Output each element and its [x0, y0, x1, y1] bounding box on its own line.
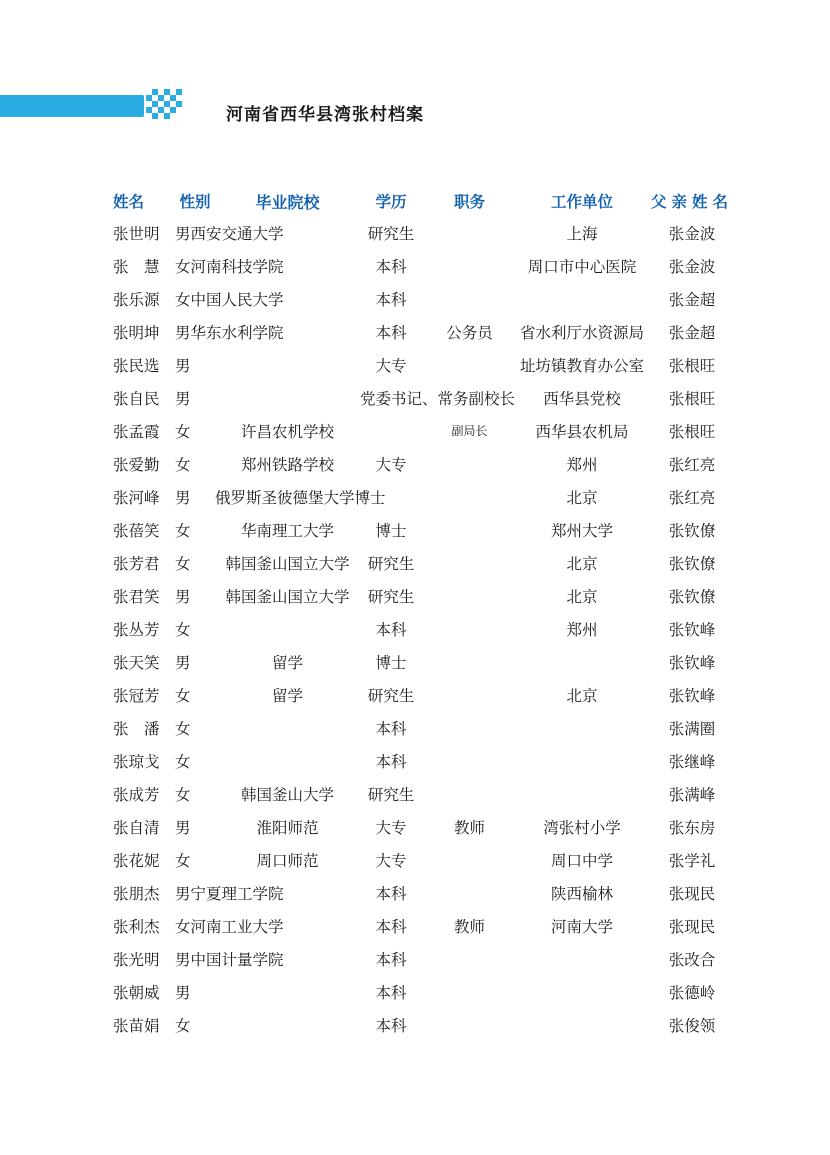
cell-school	[215, 711, 360, 744]
cell-gender: 女	[175, 414, 215, 447]
table-row: 张光明男中国计量学院本科张改合	[113, 942, 737, 975]
cell-work-unit: 陕西榆林	[517, 876, 647, 909]
cell-gender: 女	[175, 777, 215, 810]
cell-degree: 研究生	[360, 579, 422, 612]
cell-position	[422, 777, 517, 810]
table-row: 张天笑男留学博士张钦峰	[113, 645, 737, 678]
cell-degree: 博士	[360, 513, 422, 546]
cell-degree: 党委书记、常务副校长	[360, 381, 422, 414]
cell-gender: 男	[175, 348, 215, 381]
header-position: 职务	[422, 186, 517, 216]
table-row: 张河峰男俄罗斯圣彼德堡大学博士北京张红亮	[113, 480, 737, 513]
cell-school	[215, 744, 360, 777]
table-row: 张爱勤女郑州铁路学校大专郑州张红亮	[113, 447, 737, 480]
cell-name: 张朝威	[113, 975, 175, 1008]
cell-degree: 大专	[360, 810, 422, 843]
cell-position	[422, 282, 517, 315]
cell-name: 张孟霞	[113, 414, 175, 447]
cell-gender: 女	[175, 678, 215, 711]
archive-table: 姓名 性别 毕业院校 学历 职务 工作单位 父亲姓名 张世明男西安交通大学研究生…	[113, 186, 737, 1041]
cell-position	[422, 975, 517, 1008]
cell-name: 张光明	[113, 942, 175, 975]
cell-position	[422, 447, 517, 480]
checker-pattern-icon	[144, 87, 192, 121]
cell-position	[422, 612, 517, 645]
cell-degree: 大专	[360, 348, 422, 381]
cell-gender: 男	[175, 579, 215, 612]
cell-father-name: 张金超	[647, 282, 737, 315]
cell-work-unit: 郑州	[517, 447, 647, 480]
cell-father-name: 张现民	[647, 876, 737, 909]
header-gender: 性别	[175, 186, 215, 216]
cell-work-unit: 北京	[517, 480, 647, 513]
cell-work-unit: 上海	[517, 216, 647, 249]
cell-gender: 女	[175, 612, 215, 645]
cell-gender: 女	[175, 711, 215, 744]
document-page: 河南省西华县湾张村档案 姓名 性别 毕业院校 学历 职务 工作单位 父亲姓名 张…	[0, 0, 830, 1155]
cell-gender: 女	[175, 546, 215, 579]
cell-name: 张天笑	[113, 645, 175, 678]
cell-father-name: 张德岭	[647, 975, 737, 1008]
cell-degree: 本科	[360, 975, 422, 1008]
cell-work-unit	[517, 282, 647, 315]
page-title: 河南省西华县湾张村档案	[226, 100, 424, 125]
cell-work-unit: 北京	[517, 678, 647, 711]
cell-position	[422, 678, 517, 711]
cell-degree: 博士	[360, 645, 422, 678]
cell-position	[422, 1008, 517, 1041]
cell-name: 张世明	[113, 216, 175, 249]
cell-name: 张 慧	[113, 249, 175, 282]
cell-degree: 研究生	[360, 216, 422, 249]
cell-gender: 女	[175, 1008, 215, 1041]
cell-position: 公务员	[422, 315, 517, 348]
table-row: 张明坤男华东水利学院本科公务员省水利厅水资源局张金超	[113, 315, 737, 348]
cell-father-name: 张继峰	[647, 744, 737, 777]
cell-gender: 男西安交通大学	[175, 216, 215, 249]
cell-name: 张河峰	[113, 480, 175, 513]
cell-position	[422, 546, 517, 579]
cell-work-unit: 北京	[517, 579, 647, 612]
cell-name: 张冠芳	[113, 678, 175, 711]
cell-position	[422, 744, 517, 777]
cell-degree: 研究生	[360, 678, 422, 711]
cell-school: 淮阳师范	[215, 810, 360, 843]
cell-gender: 女	[175, 843, 215, 876]
cell-father-name: 张现民	[647, 909, 737, 942]
table-row: 张 潘女本科张满圈	[113, 711, 737, 744]
cell-name: 张自民	[113, 381, 175, 414]
cell-father-name: 张钦峰	[647, 645, 737, 678]
cell-gender: 男	[175, 480, 215, 513]
cell-father-name: 张学礼	[647, 843, 737, 876]
cell-work-unit	[517, 942, 647, 975]
cell-school: 韩国釜山国立大学	[215, 579, 360, 612]
cell-degree: 本科	[360, 876, 422, 909]
cell-name: 张君笑	[113, 579, 175, 612]
cell-work-unit: 西华县党校	[517, 381, 647, 414]
cell-degree: 研究生	[360, 546, 422, 579]
cell-work-unit: 湾张村小学	[517, 810, 647, 843]
cell-degree: 本科	[360, 315, 422, 348]
table-row: 张世明男西安交通大学研究生上海张金波	[113, 216, 737, 249]
cell-position	[422, 645, 517, 678]
cell-father-name: 张满圈	[647, 711, 737, 744]
header-row: 姓名 性别 毕业院校 学历 职务 工作单位 父亲姓名	[113, 186, 737, 216]
cell-name: 张爱勤	[113, 447, 175, 480]
cell-gender: 女河南工业大学	[175, 909, 215, 942]
cell-work-unit	[517, 975, 647, 1008]
header-school: 毕业院校	[215, 186, 360, 216]
cell-degree: 本科	[360, 249, 422, 282]
cell-position	[422, 711, 517, 744]
cell-name: 张朋杰	[113, 876, 175, 909]
banner-bar	[0, 95, 144, 117]
cell-work-unit: 西华县农机局	[517, 414, 647, 447]
cell-name: 张乐源	[113, 282, 175, 315]
cell-degree: 本科	[360, 711, 422, 744]
cell-school: 周口师范	[215, 843, 360, 876]
table-row: 张丛芳女本科郑州张钦峰	[113, 612, 737, 645]
cell-name: 张苗娟	[113, 1008, 175, 1041]
cell-gender: 男	[175, 810, 215, 843]
cell-school: 许昌农机学校	[215, 414, 360, 447]
cell-name: 张花妮	[113, 843, 175, 876]
table-row: 张朝威男本科张德岭	[113, 975, 737, 1008]
cell-father-name: 张钦僚	[647, 513, 737, 546]
cell-work-unit: 郑州大学	[517, 513, 647, 546]
table-row: 张民选男大专址坊镇教育办公室张根旺	[113, 348, 737, 381]
table-body: 张世明男西安交通大学研究生上海张金波张 慧女河南科技学院本科周口市中心医院张金波…	[113, 216, 737, 1041]
cell-work-unit	[517, 711, 647, 744]
cell-position: 教师	[422, 909, 517, 942]
cell-gender: 女	[175, 744, 215, 777]
cell-father-name: 张金波	[647, 249, 737, 282]
table-row: 张蓓笑女华南理工大学博士郑州大学张钦僚	[113, 513, 737, 546]
header-name: 姓名	[113, 186, 175, 216]
cell-father-name: 张俊领	[647, 1008, 737, 1041]
cell-father-name: 张钦僚	[647, 546, 737, 579]
cell-degree: 本科	[360, 909, 422, 942]
cell-position	[422, 876, 517, 909]
cell-father-name: 张根旺	[647, 348, 737, 381]
table-row: 张孟霞女许昌农机学校副局长西华县农机局张根旺	[113, 414, 737, 447]
table-row: 张 慧女河南科技学院本科周口市中心医院张金波	[113, 249, 737, 282]
cell-father-name: 张满峰	[647, 777, 737, 810]
cell-position: 教师	[422, 810, 517, 843]
cell-school: 韩国釜山大学	[215, 777, 360, 810]
cell-name: 张蓓笑	[113, 513, 175, 546]
cell-work-unit: 北京	[517, 546, 647, 579]
cell-degree: 本科	[360, 744, 422, 777]
cell-gender: 男中国计量学院	[175, 942, 215, 975]
cell-position	[422, 579, 517, 612]
cell-degree: 本科	[360, 612, 422, 645]
cell-degree	[360, 414, 422, 447]
cell-name: 张成芳	[113, 777, 175, 810]
cell-position	[422, 513, 517, 546]
header-degree: 学历	[360, 186, 422, 216]
cell-gender: 女中国人民大学	[175, 282, 215, 315]
cell-father-name: 张红亮	[647, 447, 737, 480]
table-row: 张君笑男韩国釜山国立大学研究生北京张钦僚	[113, 579, 737, 612]
cell-degree: 本科	[360, 942, 422, 975]
cell-school: 华南理工大学	[215, 513, 360, 546]
table-row: 张琼戈女本科张继峰	[113, 744, 737, 777]
table-row: 张自清男淮阳师范大专教师湾张村小学张东房	[113, 810, 737, 843]
cell-father-name: 张金波	[647, 216, 737, 249]
cell-work-unit: 郑州	[517, 612, 647, 645]
cell-father-name: 张红亮	[647, 480, 737, 513]
cell-degree: 研究生	[360, 777, 422, 810]
cell-position	[422, 942, 517, 975]
cell-father-name: 张钦峰	[647, 678, 737, 711]
cell-degree: 本科	[360, 282, 422, 315]
cell-gender: 男	[175, 381, 215, 414]
cell-school: 韩国釜山国立大学	[215, 546, 360, 579]
cell-name: 张丛芳	[113, 612, 175, 645]
cell-work-unit: 址坊镇教育办公室	[517, 348, 647, 381]
cell-position	[422, 348, 517, 381]
cell-father-name: 张钦僚	[647, 579, 737, 612]
table-row: 张自民男党委书记、常务副校长西华县党校张根旺	[113, 381, 737, 414]
cell-gender: 女	[175, 447, 215, 480]
table-header: 姓名 性别 毕业院校 学历 职务 工作单位 父亲姓名	[113, 186, 737, 216]
cell-position	[422, 480, 517, 513]
cell-name: 张明坤	[113, 315, 175, 348]
cell-name: 张自清	[113, 810, 175, 843]
cell-gender: 男	[175, 645, 215, 678]
cell-work-unit	[517, 645, 647, 678]
cell-name: 张琼戈	[113, 744, 175, 777]
table-row: 张冠芳女留学研究生北京张钦峰	[113, 678, 737, 711]
cell-gender: 男	[175, 975, 215, 1008]
cell-position	[422, 216, 517, 249]
cell-father-name: 张根旺	[647, 414, 737, 447]
cell-name: 张 潘	[113, 711, 175, 744]
cell-school	[215, 612, 360, 645]
cell-father-name: 张金超	[647, 315, 737, 348]
cell-work-unit: 周口中学	[517, 843, 647, 876]
cell-position: 副局长	[422, 414, 517, 447]
cell-name: 张芳君	[113, 546, 175, 579]
cell-gender: 男华东水利学院	[175, 315, 215, 348]
table-row: 张利杰女河南工业大学本科教师河南大学张现民	[113, 909, 737, 942]
header-father-name: 父亲姓名	[647, 186, 737, 216]
cell-school: 俄罗斯圣彼德堡大学博士	[215, 480, 360, 513]
cell-gender: 女河南科技学院	[175, 249, 215, 282]
cell-work-unit: 周口市中心医院	[517, 249, 647, 282]
cell-school	[215, 1008, 360, 1041]
cell-school: 郑州铁路学校	[215, 447, 360, 480]
cell-school	[215, 975, 360, 1008]
cell-gender: 女	[175, 513, 215, 546]
cell-school: 留学	[215, 678, 360, 711]
table-row: 张芳君女韩国釜山国立大学研究生北京张钦僚	[113, 546, 737, 579]
cell-father-name: 张根旺	[647, 381, 737, 414]
table-row: 张朋杰男宁夏理工学院本科陕西榆林张现民	[113, 876, 737, 909]
cell-work-unit	[517, 1008, 647, 1041]
cell-work-unit	[517, 777, 647, 810]
cell-work-unit	[517, 744, 647, 777]
cell-father-name: 张钦峰	[647, 612, 737, 645]
table-row: 张苗娟女本科张俊领	[113, 1008, 737, 1041]
table-row: 张花妮女周口师范大专周口中学张学礼	[113, 843, 737, 876]
cell-name: 张利杰	[113, 909, 175, 942]
cell-school	[215, 348, 360, 381]
table-row: 张成芳女韩国釜山大学研究生张满峰	[113, 777, 737, 810]
cell-position	[422, 843, 517, 876]
cell-degree: 本科	[360, 1008, 422, 1041]
cell-gender: 男宁夏理工学院	[175, 876, 215, 909]
cell-school: 留学	[215, 645, 360, 678]
cell-degree: 大专	[360, 843, 422, 876]
cell-work-unit: 河南大学	[517, 909, 647, 942]
cell-position	[422, 249, 517, 282]
cell-name: 张民选	[113, 348, 175, 381]
cell-father-name: 张东房	[647, 810, 737, 843]
table-row: 张乐源女中国人民大学本科张金超	[113, 282, 737, 315]
cell-degree: 大专	[360, 447, 422, 480]
cell-work-unit: 省水利厅水资源局	[517, 315, 647, 348]
cell-father-name: 张改合	[647, 942, 737, 975]
cell-school	[215, 381, 360, 414]
header-work-unit: 工作单位	[517, 186, 647, 216]
